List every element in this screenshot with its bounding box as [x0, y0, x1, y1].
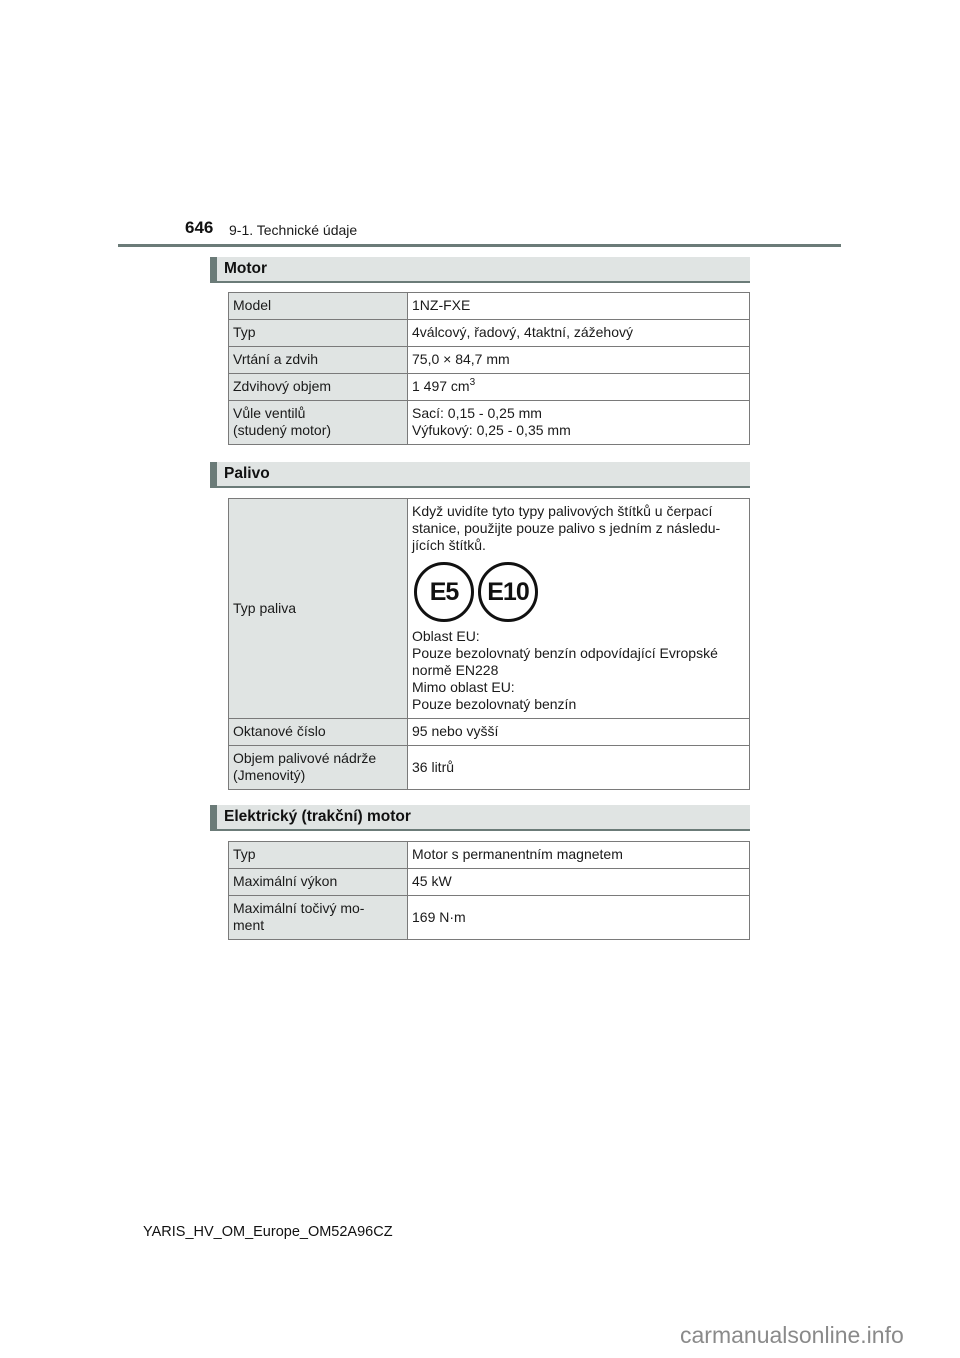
table-row: Objem palivové nádrže (Jmenovitý) 36 lit… [229, 746, 750, 790]
row-value: 1 497 cm3 [408, 374, 750, 401]
row-label: Vůle ventilů (studený motor) [229, 401, 408, 445]
table-row: Typ paliva Když uvidíte tyto typy palivo… [229, 499, 750, 719]
row-value: 45 kW [408, 869, 750, 896]
row-label: Objem palivové nádrže (Jmenovitý) [229, 746, 408, 790]
row-value: Sací: 0,15 - 0,25 mm Výfukový: 0,25 - 0,… [408, 401, 750, 445]
value-line: Sací: 0,15 - 0,25 mm [412, 405, 744, 422]
section-title: Elektrický (trakční) motor [224, 808, 411, 826]
fuel-label-icons: E5 E10 [414, 562, 744, 622]
fuel-spec-table: Typ paliva Když uvidíte tyto typy palivo… [228, 498, 750, 790]
table-row: Oktanové číslo 95 nebo vyšší [229, 719, 750, 746]
page-number: 646 [185, 218, 213, 238]
table-row: Model 1NZ-FXE [229, 293, 750, 320]
table-row: Zdvihový objem 1 497 cm3 [229, 374, 750, 401]
section-accent [210, 257, 217, 281]
watermark: carmanualsonline.info [680, 1322, 904, 1349]
row-label: Vrtání a zdvih [229, 347, 408, 374]
section-header-electric-motor: Elektrický (trakční) motor [210, 805, 750, 831]
section-title: Palivo [224, 465, 270, 483]
row-value: 75,0 × 84,7 mm [408, 347, 750, 374]
row-value: 36 litrů [408, 746, 750, 790]
row-value: Když uvidíte tyto typy palivových štítků… [408, 499, 750, 719]
row-value: Motor s permanentním magnetem [408, 842, 750, 869]
table-row: Maximální točivý mo- ment 169 N·m [229, 896, 750, 940]
fuel-label-e10-icon: E10 [478, 562, 538, 622]
section-header-motor: Motor [210, 257, 750, 283]
fuel-detail-line: Pouze bezolovnatý benzín [412, 696, 744, 713]
table-row: Vrtání a zdvih 75,0 × 84,7 mm [229, 347, 750, 374]
section-header-palivo: Palivo [210, 462, 750, 488]
section-title: Motor [224, 260, 267, 278]
label-line: Objem palivové nádrže [233, 750, 402, 767]
section-accent [210, 462, 217, 486]
row-value: 169 N·m [408, 896, 750, 940]
fuel-detail-line: Mimo oblast EU: [412, 679, 744, 696]
row-label: Maximální točivý mo- ment [229, 896, 408, 940]
electric-motor-spec-table: Typ Motor s permanentním magnetem Maximá… [228, 841, 750, 940]
row-label: Oktanové číslo [229, 719, 408, 746]
section-accent [210, 805, 217, 829]
label-line: Vůle ventilů [233, 405, 402, 422]
value-line: Výfukový: 0,25 - 0,35 mm [412, 422, 744, 439]
label-line: (studený motor) [233, 422, 402, 439]
row-label: Typ paliva [229, 499, 408, 719]
motor-spec-table: Model 1NZ-FXE Typ 4válcový, řadový, 4tak… [228, 292, 750, 445]
row-label: Maximální výkon [229, 869, 408, 896]
fuel-detail-line: Pouze bezolovnatý benzín odpovídající Ev… [412, 645, 744, 679]
label-line: Maximální točivý mo- [233, 900, 402, 917]
displacement-value: 1 497 cm [412, 378, 470, 394]
row-value: 95 nebo vyšší [408, 719, 750, 746]
row-value: 4válcový, řadový, 4taktní, zážehový [408, 320, 750, 347]
table-row: Maximální výkon 45 kW [229, 869, 750, 896]
unit-superscript: 3 [470, 377, 476, 388]
label-line: ment [233, 917, 402, 934]
header-divider [118, 244, 841, 247]
fuel-detail-line: Oblast EU: [412, 628, 744, 645]
row-value: 1NZ-FXE [408, 293, 750, 320]
fuel-intro-text: Když uvidíte tyto typy palivových štítků… [412, 503, 744, 554]
fuel-label-e5-icon: E5 [414, 562, 474, 622]
document-id: YARIS_HV_OM_Europe_OM52A96CZ [143, 1224, 393, 1240]
table-row: Typ 4válcový, řadový, 4taktní, zážehový [229, 320, 750, 347]
chapter-title: 9-1. Technické údaje [229, 222, 357, 238]
table-row: Vůle ventilů (studený motor) Sací: 0,15 … [229, 401, 750, 445]
label-line: (Jmenovitý) [233, 767, 402, 784]
row-label: Zdvihový objem [229, 374, 408, 401]
row-label: Typ [229, 842, 408, 869]
row-label: Model [229, 293, 408, 320]
table-row: Typ Motor s permanentním magnetem [229, 842, 750, 869]
row-label: Typ [229, 320, 408, 347]
